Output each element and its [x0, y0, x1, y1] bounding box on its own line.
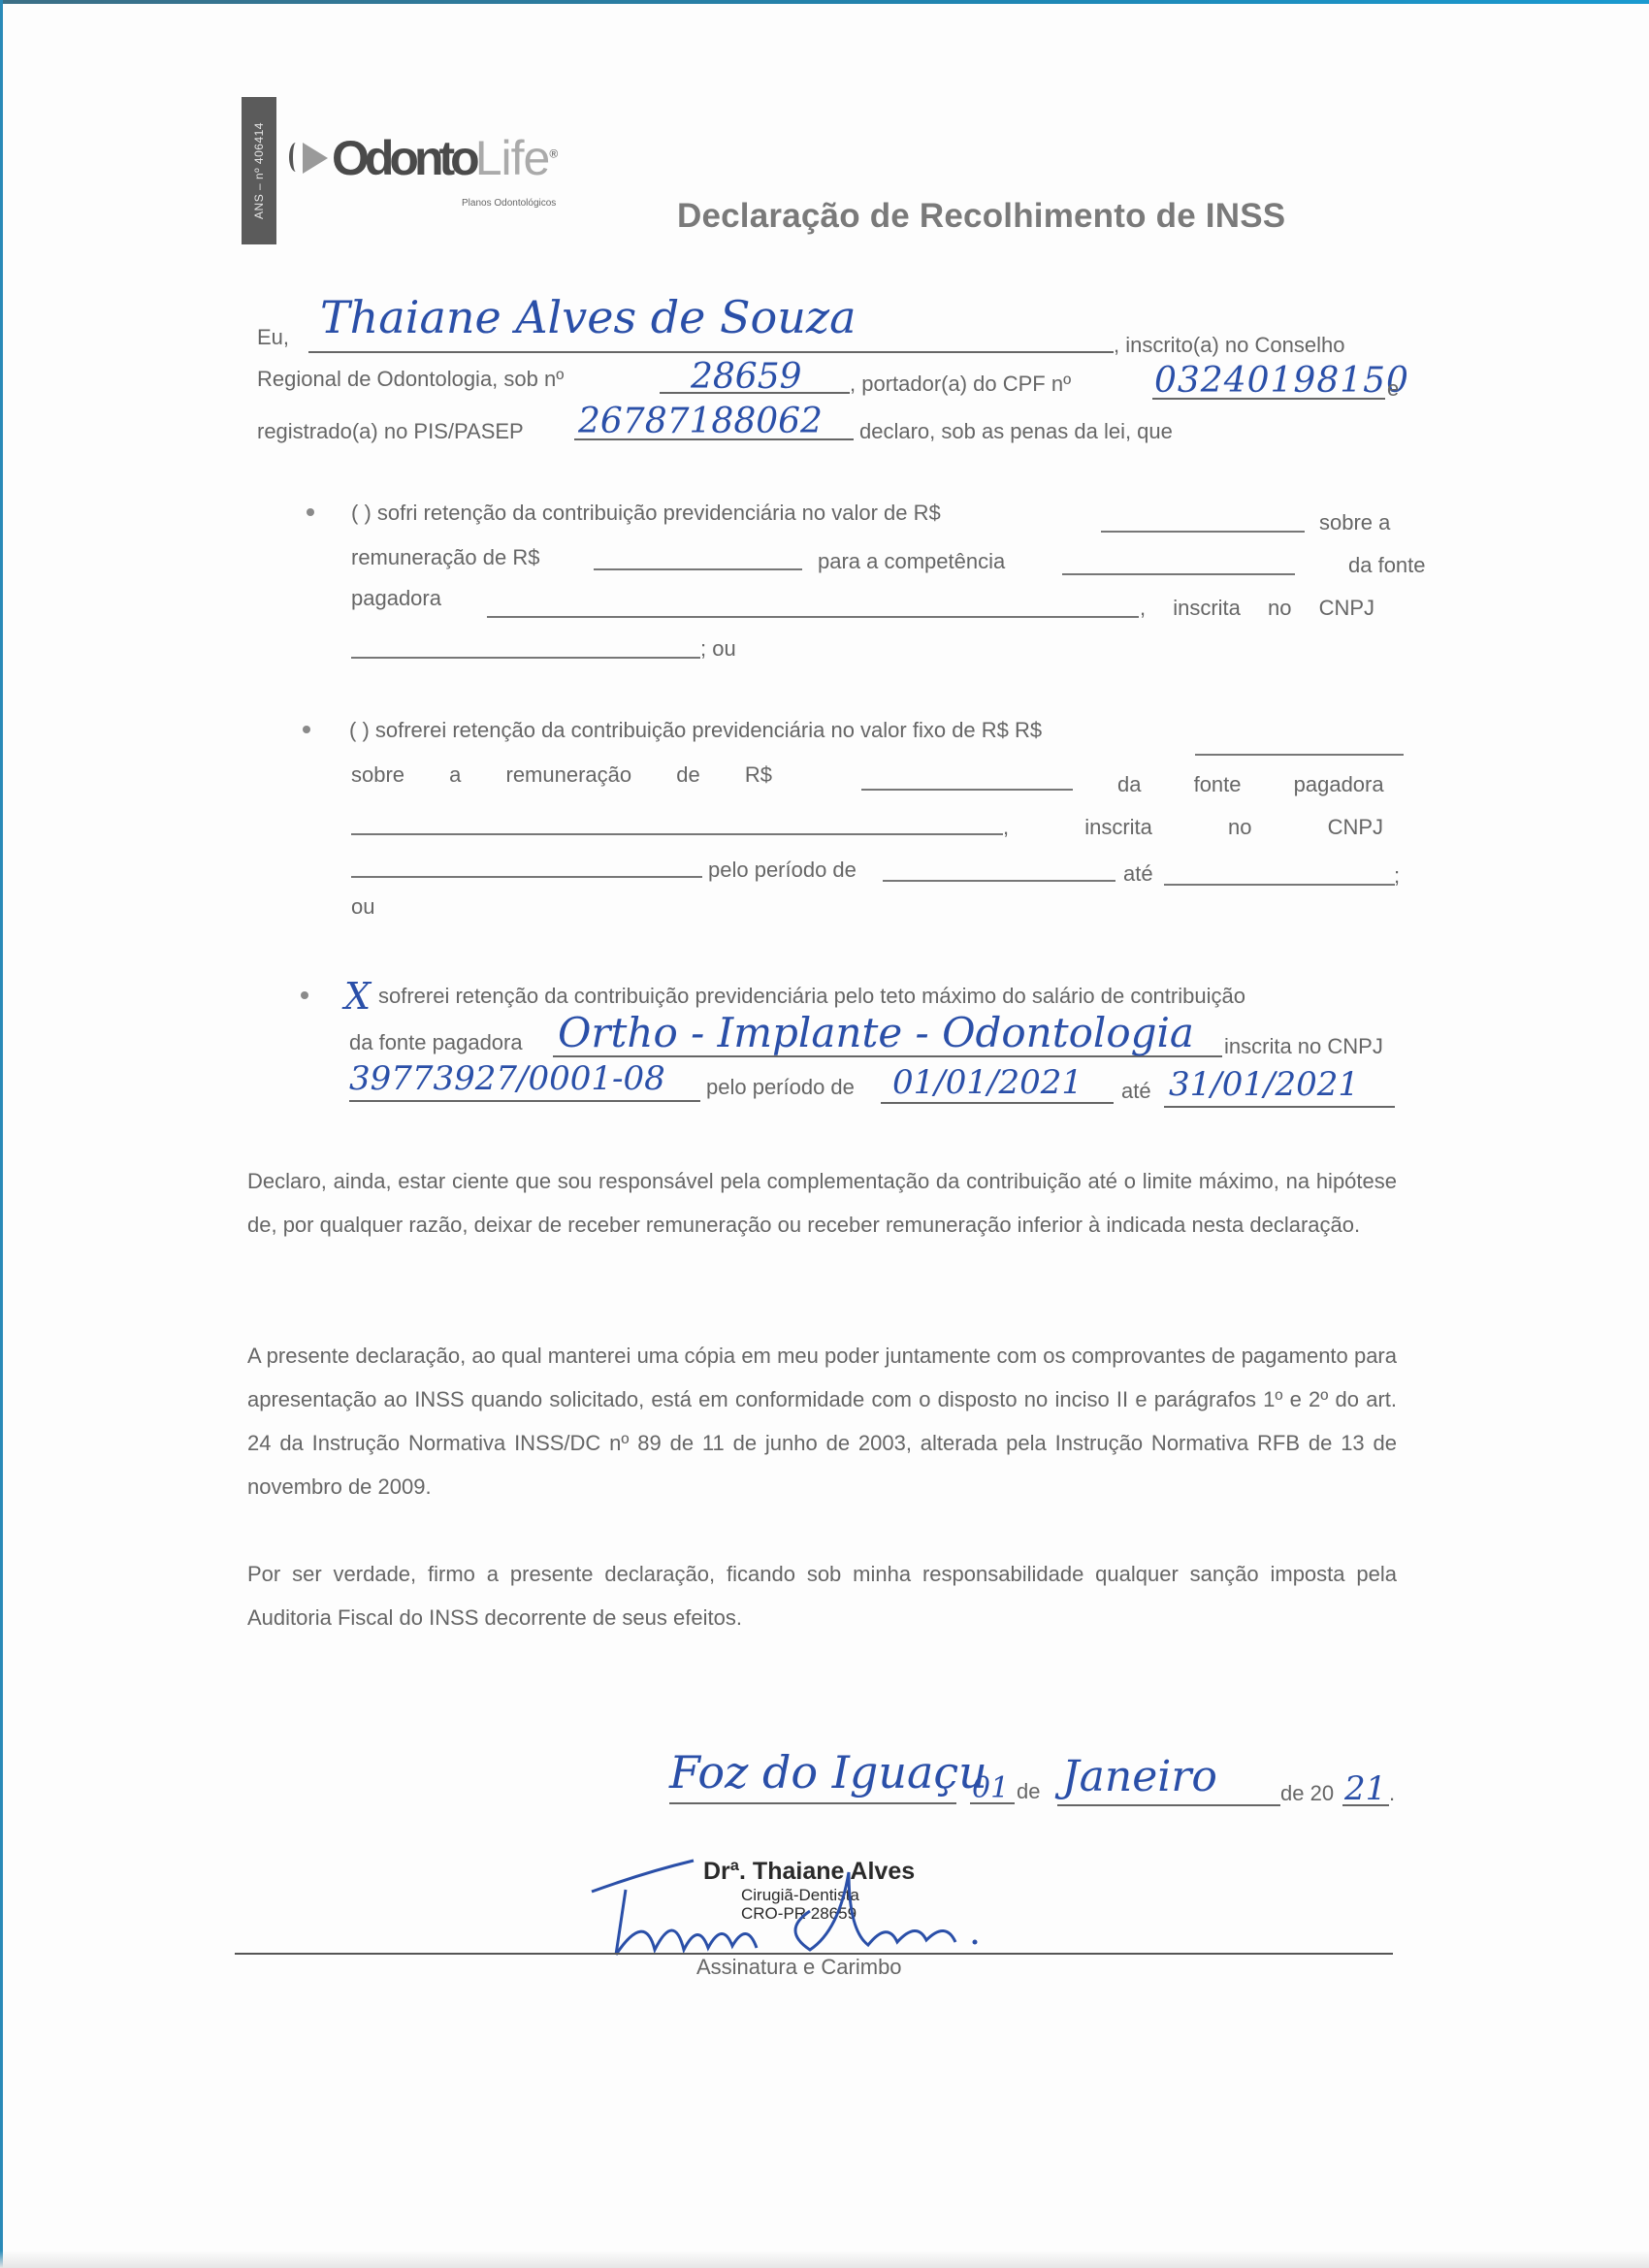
option-1-text-d: para a competência — [818, 549, 1005, 574]
city-underline — [669, 1802, 956, 1804]
signature-label: Assinatura e Carimbo — [696, 1955, 902, 1980]
scan-bottom-shadow — [0, 2251, 1649, 2268]
paragraph-conformity: A presente declaração, ao qual manterei … — [247, 1334, 1397, 1508]
scan-top-edge — [0, 0, 1649, 4]
option-3-text-d: pelo período de — [706, 1075, 855, 1100]
option-1-competence-field[interactable] — [1062, 572, 1295, 575]
date-de-1: de — [1017, 1779, 1040, 1804]
option-1-remuneration-field[interactable] — [594, 567, 802, 570]
ans-registration-text: ANS – nº 406414 — [252, 122, 266, 219]
option-1-value-field[interactable] — [1101, 530, 1305, 533]
intro-line-3-suffix: declaro, sob as penas da lei, que — [859, 419, 1173, 444]
option-2-text-h: ou — [351, 894, 374, 920]
option-3-text-b: da fonte pagadora — [349, 1030, 523, 1055]
year-field[interactable]: 21 — [1344, 1769, 1386, 1808]
option-1-text[interactable]: ( ) sofri retenção da contribuição previ… — [351, 501, 941, 526]
paragraph-responsibility: Declaro, ainda, estar ciente que sou res… — [247, 1159, 1397, 1247]
option-2-payer-field[interactable] — [351, 832, 1003, 835]
cpf-field[interactable]: 03240198150 — [1154, 361, 1409, 401]
logo-tagline: Planos Odontológicos — [462, 198, 556, 209]
signature-scrawl-icon — [587, 1853, 1014, 1969]
intro-line-1-suffix: , inscrito(a) no Conselho — [1114, 333, 1344, 358]
date-period: . — [1389, 1781, 1395, 1806]
option-3-payer-field[interactable]: Ortho - Implante - Odontologia — [558, 1009, 1194, 1056]
ans-registration-bar: ANS – nº 406414 — [242, 97, 276, 244]
intro-line-2-mid: , portador(a) do CPF nº — [850, 372, 1071, 397]
option-3-start-date-field[interactable]: 01/01/2021 — [892, 1063, 1083, 1102]
page-title: Declaração de Recolhimento de INSS — [677, 197, 1285, 236]
option-2-text-f: até — [1123, 861, 1153, 887]
intro-line-1: Eu, — [257, 325, 289, 350]
option-1-text-g: , inscrita no CNPJ — [1140, 596, 1374, 621]
date-de-2: de 20 — [1280, 1781, 1334, 1806]
option-2-start-field[interactable] — [883, 879, 1115, 882]
name-field-underline — [308, 351, 1114, 353]
scan-left-edge — [0, 0, 3, 2268]
cro-number-field[interactable]: 28659 — [691, 357, 802, 397]
option-3-checkbox-checked[interactable]: X — [344, 975, 371, 1018]
option-2-value-field[interactable] — [1195, 753, 1404, 756]
pis-pasep-field[interactable]: 26787188062 — [578, 402, 823, 441]
option-3-cnpj-field[interactable]: 39773927/0001-08 — [349, 1059, 665, 1098]
option-3-end-underline — [1164, 1106, 1395, 1108]
option-1-payer-field[interactable] — [487, 615, 1139, 618]
city-field[interactable]: Foz do Iguaçu — [669, 1746, 987, 1798]
option-1-text-f: pagadora — [351, 586, 441, 611]
option-2-text-d: , inscrita no CNPJ — [1003, 815, 1383, 840]
option-3-text-c: inscrita no CNPJ — [1224, 1034, 1383, 1059]
option-1-text-c: remuneração de R$ — [351, 545, 539, 570]
option-2-text-b: sobre a remuneração de R$ — [351, 762, 772, 788]
option-2-text-c: da fonte pagadora — [1117, 772, 1384, 797]
option-3-text[interactable]: sofrerei retenção da contribuição previd… — [378, 984, 1245, 1009]
option-2-cnpj-field[interactable] — [351, 875, 702, 878]
option-1-bullet — [307, 508, 314, 516]
option-1-cnpj-field[interactable] — [351, 656, 700, 659]
option-1-text-h: ; ou — [700, 636, 736, 662]
option-2-text[interactable]: ( ) sofrerei retenção da contribuição pr… — [349, 718, 1042, 743]
month-underline — [1057, 1804, 1280, 1806]
logo-tooth-icon — [289, 137, 332, 179]
option-1-text-e: da fonte — [1348, 553, 1426, 578]
option-2-text-g: ; — [1394, 863, 1400, 889]
intro-line-2-suffix: e — [1387, 376, 1399, 402]
option-3-bullet — [301, 991, 308, 999]
logo-wordmark: OdontoLife® — [332, 134, 558, 182]
option-1-text-b: sobre a — [1319, 510, 1390, 535]
name-field[interactable]: Thaiane Alves de Souza — [320, 291, 857, 343]
option-3-end-date-field[interactable]: 31/01/2021 — [1169, 1065, 1359, 1104]
intro-line-3: registrado(a) no PIS/PASEP — [257, 419, 524, 444]
month-field[interactable]: Janeiro — [1062, 1752, 1217, 1801]
option-2-remuneration-field[interactable] — [861, 788, 1073, 791]
option-2-end-field[interactable] — [1164, 883, 1395, 886]
day-field[interactable]: 01 — [972, 1771, 1009, 1805]
intro-line-2: Regional de Odontologia, sob nº — [257, 367, 564, 392]
option-2-text-e: pelo período de — [708, 858, 857, 883]
paragraph-truth: Por ser verdade, firmo a presente declar… — [247, 1552, 1397, 1639]
option-3-text-e: até — [1121, 1079, 1151, 1104]
option-2-bullet — [303, 726, 310, 733]
odontolife-logo: OdontoLife® — [289, 134, 558, 182]
option-3-cnpj-underline — [349, 1100, 700, 1102]
option-3-start-underline — [881, 1102, 1114, 1104]
